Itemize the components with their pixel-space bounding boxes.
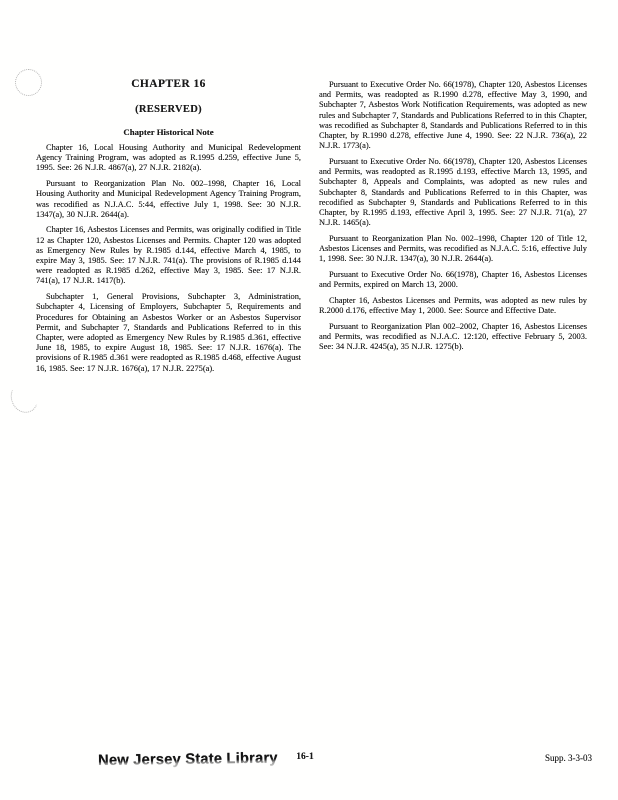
page-number: 16-1 [270, 752, 340, 762]
historical-note-paragraph: Pursuant to Reorganization Plan No. 002–… [36, 179, 301, 220]
right-column: Pursuant to Executive Order No. 66(1978)… [319, 80, 587, 358]
historical-note-heading: Chapter Historical Note [36, 127, 301, 137]
reserved-heading: (RESERVED) [36, 104, 301, 115]
registration-mark-circle-middle [7, 378, 43, 416]
historical-note-paragraph: Subchapter 1, General Provisions, Subcha… [36, 292, 301, 374]
supplement-date: Supp. 3-3-03 [545, 753, 592, 763]
historical-note-paragraph: Pursuant to Executive Order No. 66(1978)… [319, 80, 587, 151]
page-footer: New Jersey State Library 16-1 Supp. 3-3-… [0, 748, 618, 788]
historical-note-paragraph: Chapter 16, Asbestos Licenses and Permit… [319, 296, 587, 316]
historical-note-paragraph: Pursuant to Reorganization Plan No. 002–… [319, 234, 587, 265]
scanned-document-page: CHAPTER 16 (RESERVED) Chapter Historical… [0, 0, 618, 800]
left-column: CHAPTER 16 (RESERVED) Chapter Historical… [36, 78, 301, 379]
historical-note-paragraph: Chapter 16, Local Housing Authority and … [36, 143, 301, 174]
library-ownership-stamp: New Jersey State Library [98, 749, 278, 769]
historical-note-paragraph: Pursuant to Executive Order No. 66(1978)… [319, 270, 587, 290]
historical-note-paragraph: Pursuant to Executive Order No. 66(1978)… [319, 157, 587, 228]
page-title: CHAPTER 16 [36, 78, 301, 90]
historical-note-paragraph: Pursuant to Reorganization Plan 002–2002… [319, 322, 587, 353]
historical-note-paragraph: Chapter 16, Asbestos Licenses and Permit… [36, 225, 301, 286]
